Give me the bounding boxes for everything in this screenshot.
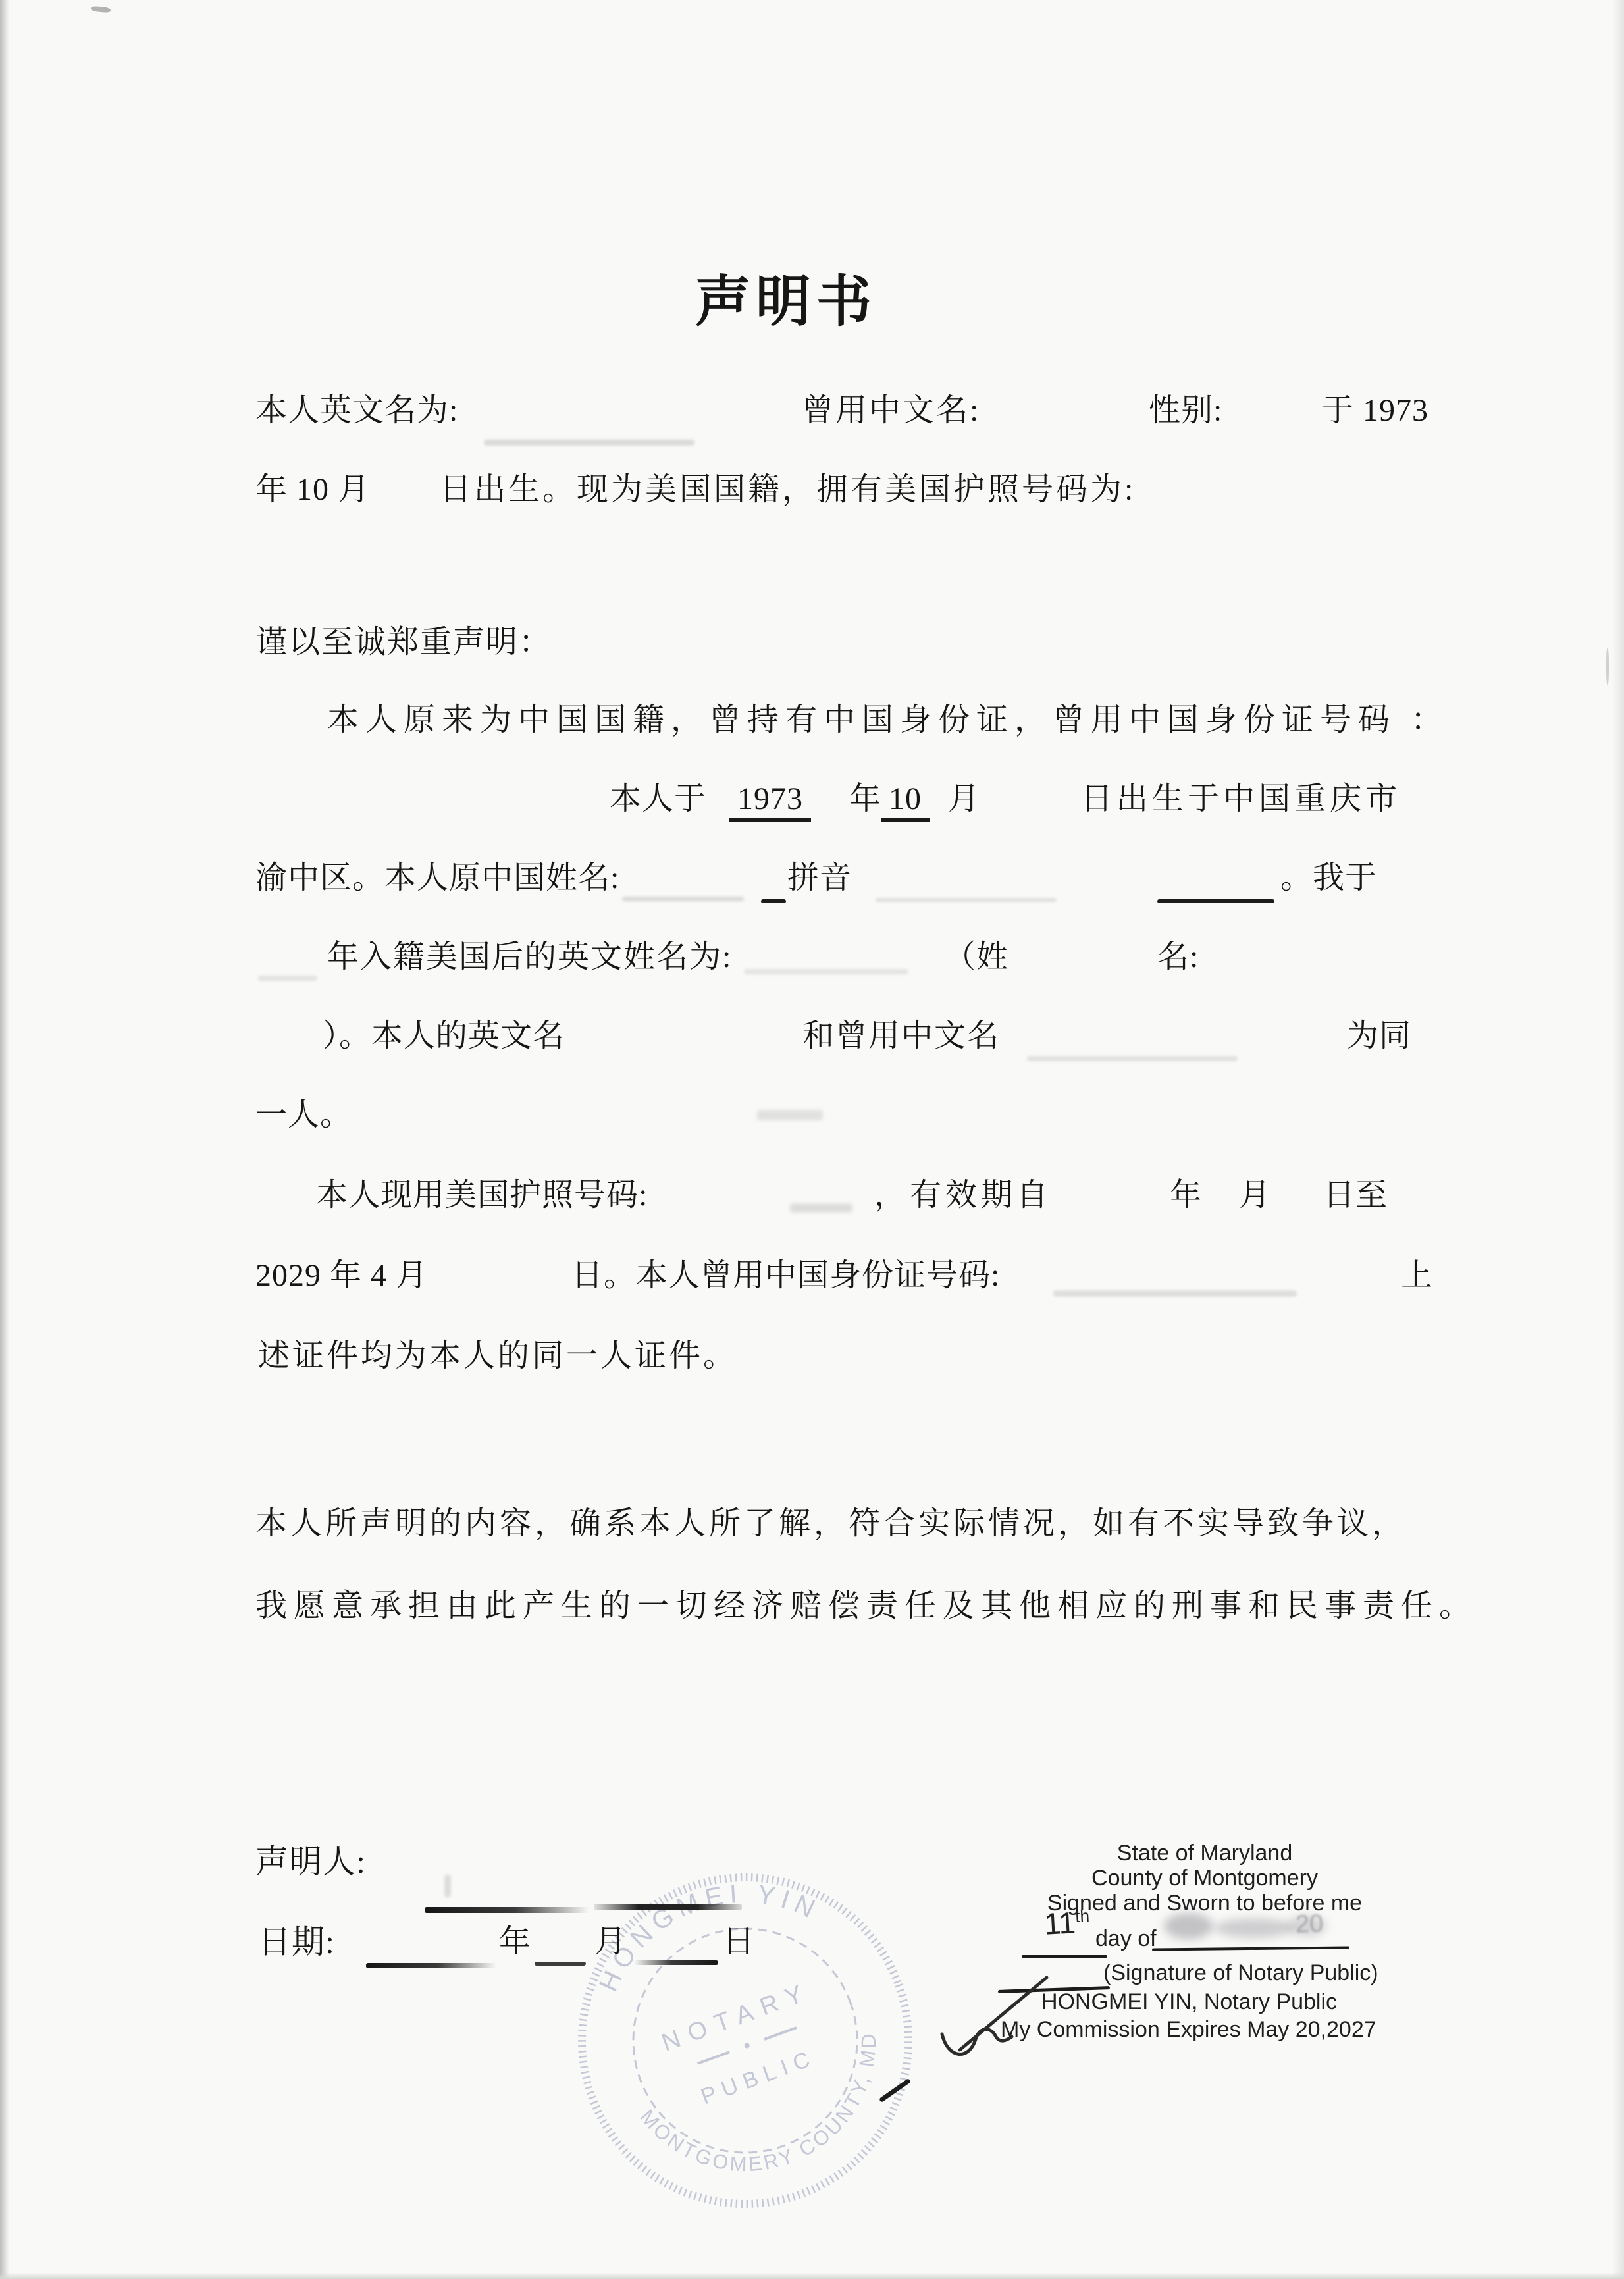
current-passport-label: 本人现用美国护照号码: xyxy=(316,1177,648,1213)
date-blank-line-1 xyxy=(366,1963,496,1968)
erased-residue xyxy=(757,1110,823,1120)
day-underline xyxy=(1022,1955,1107,1958)
english-name-label: 本人英文名为: xyxy=(255,392,458,429)
day-ordinal-text: th xyxy=(1074,1906,1089,1926)
former-name-reference: 和曾用中文名 xyxy=(802,1018,1000,1054)
birthplace-text: 日出生于中国重庆市 xyxy=(1081,781,1401,817)
scan-fiber xyxy=(1606,648,1609,685)
signature-stroke-loop xyxy=(942,2029,1012,2054)
day-number-text: 11 xyxy=(1043,1905,1076,1941)
surname-label: （姓 xyxy=(944,939,1008,975)
givenname-label: 名: xyxy=(1157,939,1199,975)
notary-day-of-label: day of xyxy=(1095,1926,1157,1952)
birth-statement-prefix: 本人于 xyxy=(610,781,706,817)
original-chinese-name-label: 渝中区。本人原中国姓名: xyxy=(255,860,619,896)
scan-speck xyxy=(91,5,111,13)
same-person-suffix: 一人。 xyxy=(255,1097,352,1133)
smudged-month-blob xyxy=(1215,1918,1294,1938)
erased-chinese-name xyxy=(622,897,744,901)
english-name-reference: ）。本人的英文名 xyxy=(323,1018,565,1054)
notary-county-line: County of Montgomery xyxy=(955,1866,1455,1891)
signature-smudge-left xyxy=(425,1907,589,1913)
date-blank-line-3 xyxy=(634,1960,718,1965)
faint-handwritten-year: 20 xyxy=(1295,1910,1324,1939)
seal-divider-line-left xyxy=(698,2052,730,2064)
month-unit: 月 xyxy=(948,781,980,817)
notary-embossed-seal: HONGMEI YIN MONTGOMERY COUNTY, MD NOTARY… xyxy=(561,1856,930,2225)
validity-day-until: 日至 xyxy=(1323,1177,1388,1213)
gender-label: 性别: xyxy=(1149,392,1222,429)
former-chinese-name-label: 曾用中文名: xyxy=(802,392,980,429)
validity-month-unit: 月 xyxy=(1239,1177,1271,1213)
expiry-date-text: 2029 年 4 月 xyxy=(255,1257,428,1294)
birth-month-text: 年 10 月 xyxy=(255,471,370,508)
notary-signature-caption: (Signature of Notary Public) xyxy=(1103,1960,1378,1986)
validity-label: ，有效期自 xyxy=(874,1177,1052,1213)
birth-year-value: 1973 xyxy=(729,781,811,822)
erased-signature-tick xyxy=(444,1875,451,1897)
liability-statement-line1: 本人所声明的内容，确系本人所了解，符合实际情况，如有不实导致争议， xyxy=(255,1506,1407,1542)
seal-center-public-text: PUBLIC xyxy=(698,2045,820,2109)
birth-month-value: 10 xyxy=(881,781,930,822)
date-label: 日期: xyxy=(258,1924,335,1962)
month-underline xyxy=(1152,1946,1349,1951)
validity-year-unit: 年 xyxy=(1170,1177,1202,1213)
erased-passport-number xyxy=(790,1203,852,1213)
seal-divider-line-right xyxy=(764,2028,797,2039)
date-month-unit: 月 xyxy=(594,1924,627,1960)
signature-stroke-diagonal xyxy=(960,1978,1047,2050)
underline-mark xyxy=(761,899,786,903)
erased-english-fullname xyxy=(744,969,908,974)
blank-underline xyxy=(1157,899,1274,903)
same-documents-statement: 述证件均为本人的同一人证件。 xyxy=(258,1338,737,1374)
former-nationality-statement: 本人原来为中国国籍，曾持有中国身份证，曾用中国身份证号码 ： xyxy=(327,702,1449,738)
document-title: 声明书 xyxy=(695,271,877,335)
notary-state-line: State of Maryland xyxy=(955,1841,1455,1866)
date-day-unit: 日 xyxy=(723,1924,755,1960)
liability-statement-line2: 我愿意承担由此产生的一切经济赔偿责任及其他相应的刑事和民事责任。 xyxy=(255,1588,1477,1624)
declaration-intro: 谨以至诚郑重声明： xyxy=(255,624,552,660)
former-id-number-label: 日。本人曾用中国身份证号码: xyxy=(571,1257,1000,1294)
declarant-label: 声明人: xyxy=(255,1843,366,1881)
signature-smudge-right xyxy=(594,1904,742,1910)
seal-center-notary-text: NOTARY xyxy=(658,1978,816,2057)
same-person-prefix: 为同 xyxy=(1347,1018,1411,1054)
handwritten-day-number: 11th xyxy=(1043,1904,1091,1942)
scan-edge-shadow-left xyxy=(0,0,9,2279)
year-unit: 年 xyxy=(849,781,881,817)
erased-year xyxy=(258,976,317,981)
same-documents-prefix: 上 xyxy=(1401,1257,1433,1294)
nationality-passport-text: 日出生。现为美国国籍，拥有美国护照号码为: xyxy=(440,471,1136,508)
seal-divider-dot xyxy=(744,2042,750,2049)
smudged-month-blob xyxy=(1164,1913,1213,1939)
erased-id-number xyxy=(1053,1290,1297,1297)
scan-edge-shadow-right xyxy=(1612,0,1624,2279)
naturalization-prefix: 。我于 xyxy=(1280,860,1377,896)
erased-pinyin xyxy=(876,898,1057,902)
erased-english-name xyxy=(484,440,694,446)
notary-sworn-line: Signed and Sworn to before me xyxy=(955,1891,1455,1916)
date-blank-line-2 xyxy=(535,1962,586,1966)
date-year-unit: 年 xyxy=(499,1924,531,1960)
birth-year-prefix: 于 1973 xyxy=(1322,392,1428,429)
notary-signature-squiggle xyxy=(938,1970,1109,2065)
pinyin-label: 拼音 xyxy=(787,860,852,896)
erased-name-value xyxy=(1027,1056,1238,1061)
scan-edge-shadow-bottom xyxy=(0,2272,1624,2279)
english-fullname-label: 年入籍美国后的英文姓名为: xyxy=(327,939,732,975)
scanned-declaration-document: HONGMEI YIN MONTGOMERY COUNTY, MD NOTARY… xyxy=(0,0,1624,2279)
